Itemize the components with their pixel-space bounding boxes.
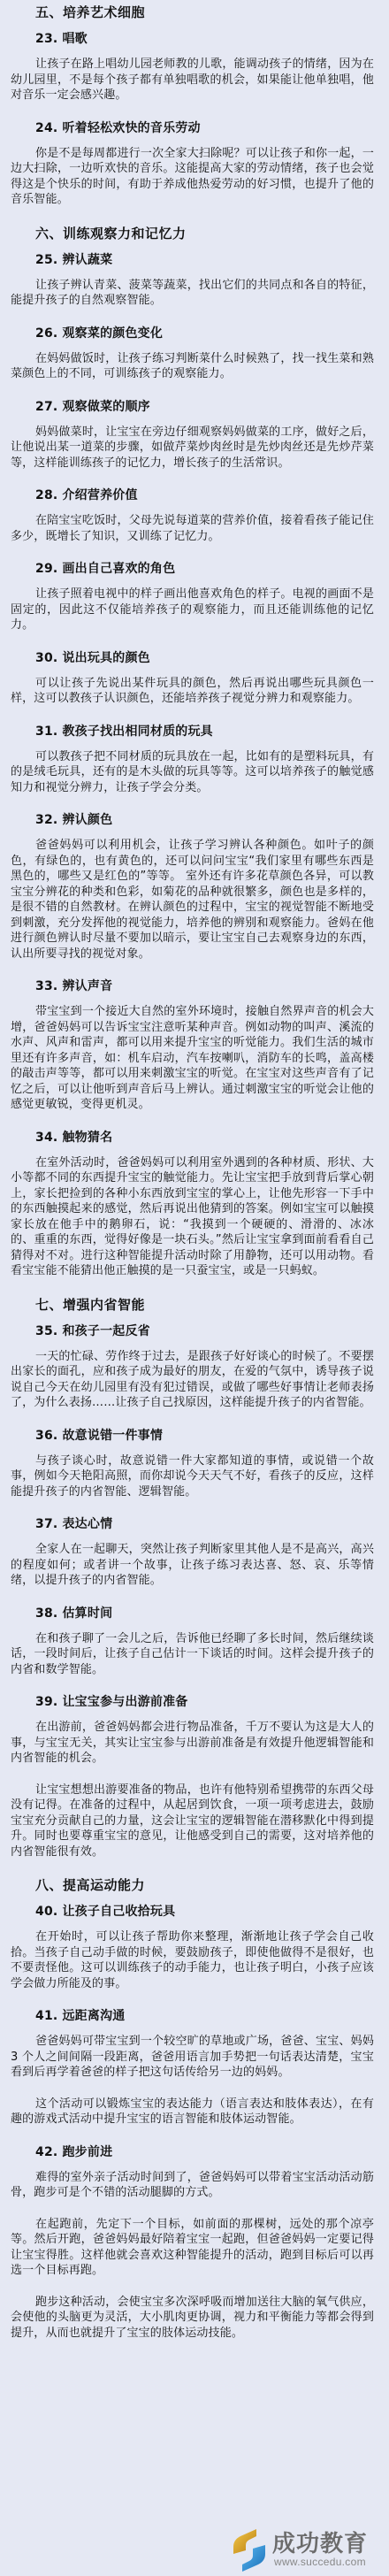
item-title: 34. 触物猜名 (11, 1129, 374, 1155)
item-title: 32. 辨认颜色 (11, 811, 374, 838)
paragraph: 在起跑前，先定下一个目标，如前面的那棵树，远处的那个凉亭等。然后开跑，爸爸妈妈最… (11, 2217, 374, 2279)
succedu-logo-icon (230, 2527, 269, 2573)
item-title: 23. 唱歌 (11, 30, 374, 57)
paragraph: 与孩子谈心时，故意说错一件大家都知道的事情，或说错一个故事，例如今天艳阳高照，而… (11, 1453, 374, 1500)
paragraph: 在陪宝宝吃饭时，父母先说每道菜的营养价值，接着看孩子能记住多少，既增长了知识，又… (11, 513, 374, 544)
paragraph: 难得的室外亲子活动时间到了，爸爸妈妈可以带着宝宝活动活动筋骨，跑步可是个不错的活… (11, 2170, 374, 2201)
paragraph: 跑步这种活动，会使宝宝多次深呼吸而增加送往大脑的氧气供应，会使他的头脑更为灵活，… (11, 2295, 374, 2342)
paragraph: 爸爸妈妈可带宝宝到一个较空旷的草地或广场，爸爸、宝宝、妈妈 3 个人之间间隔一段… (11, 2034, 374, 2081)
paragraph: 在室外活动时，爸爸妈妈可以利用室外遇到的各种材质、形状、大小等都不同的东西提升宝… (11, 1155, 374, 1279)
paragraph: 可以让孩子先说出某件玩具的颜色，然后再说出哪些玩具颜色一样，这可以教孩子认识颜色… (11, 676, 374, 707)
paragraph: 在出游前，爸爸妈妈都会进行物品准备，千万不要认为这是大人的事，与宝宝无关，其实让… (11, 1720, 374, 1767)
paragraph: 让孩子照着电视中的样子画出他喜欢角色的样子。电视的画面不是固定的，因此这不仅能培… (11, 586, 374, 633)
paragraph: 在开始时，可以让孩子帮助你来整理，渐渐地让孩子学会自己收拾。当孩子自己动手做的时… (11, 1929, 374, 1991)
item-title: 30. 说出玩具的颜色 (11, 649, 374, 676)
paragraph: 爸爸妈妈可以利用机会，让孩子学习辨认各种颜色。如叶子的颜色，有绿色的，也有黄色的… (11, 838, 374, 962)
section-title: 七、增强内省智能 (11, 1295, 374, 1322)
paragraph: 在妈妈做饭时，让孩子练习判断菜什么时候熟了，找一找生菜和熟菜颜色上的不同，可训练… (11, 351, 374, 382)
item-title: 37. 表达心情 (11, 1515, 374, 1542)
paragraph: 带宝宝到一个接近大自然的室外环境时，接触自然界声音的机会大增，爸爸妈妈可以告诉宝… (11, 1004, 374, 1113)
item-title: 26. 观察菜的颜色变化 (11, 325, 374, 351)
item-title: 41. 远距离沟通 (11, 2007, 374, 2034)
watermark: 成功教育 www.succedu.com (228, 2526, 387, 2574)
item-title: 31. 教孩子找出相同材质的玩具 (11, 723, 374, 749)
item-title: 36. 故意说错一件事情 (11, 1427, 374, 1453)
item-title: 33. 辨认声音 (11, 977, 374, 1004)
watermark-url: www.succedu.com (274, 2556, 366, 2568)
watermark-brand-name: 成功教育 (272, 2526, 368, 2558)
paragraph: 让孩子在路上唱幼儿园老师教的儿歌，能调动孩子的情绪，因为在幼儿园里，不是每个孩子… (11, 57, 374, 103)
paragraph: 让孩子辨认青菜、菠菜等蔬菜，找出它们的共同点和各自的特征，能提升孩子的自然观察智… (11, 278, 374, 309)
item-title: 39. 让宝宝参与出游前准备 (11, 1693, 374, 1720)
paragraph: 你是不是每周都进行一次全家大扫除呢？可以让孩子和你一起，一边大扫除，一边听欢快的… (11, 146, 374, 208)
paragraph: 一天的忙碌、劳作终于过去，是跟孩子好好谈心的时候了。不要摆出家长的面孔，应和孩子… (11, 1349, 374, 1411)
item-title: 42. 跑步前进 (11, 2143, 374, 2170)
item-title: 28. 介绍营养价值 (11, 487, 374, 513)
item-title: 35. 和孩子一起反省 (11, 1322, 374, 1349)
item-title: 29. 画出自己喜欢的角色 (11, 560, 374, 586)
article: 五、培养艺术细胞 23. 唱歌 让孩子在路上唱幼儿园老师教的儿歌，能调动孩子的情… (0, 0, 389, 2341)
item-title: 27. 观察做菜的顺序 (11, 398, 374, 425)
paragraph: 在和孩子聊了一会儿之后，告诉他已经聊了多长时间，然后继续谈话，一段时间后，让孩子… (11, 1631, 374, 1678)
item-title: 38. 估算时间 (11, 1605, 374, 1631)
paragraph: 让宝宝想想出游要准备的物品，也许有他特别希望携带的东西父母没有记得。在准备的过程… (11, 1782, 374, 1860)
paragraph: 可以教孩子把不同材质的玩具放在一起，比如有的是塑料玩具，有的是绒毛玩具，还有的是… (11, 749, 374, 796)
paragraph: 这个活动可以锻炼宝宝的表达能力（语言表达和肢体表达），在有趣的游戏式活动中提升宝… (11, 2097, 374, 2127)
section-title: 六、训练观察力和记忆力 (11, 224, 374, 251)
paragraph: 全家人在一起聊天，突然让孩子判断家里其他人是不是高兴，高兴的程度如何；或者讲一个… (11, 1542, 374, 1589)
item-title: 24. 听着轻松欢快的音乐劳动 (11, 119, 374, 146)
item-title: 40. 让孩子自己收拾玩具 (11, 1903, 374, 1929)
paragraph: 妈妈做菜时，让宝宝在旁边仔细观察妈妈做菜的工序，做好之后，让他说出某一道菜的步骤… (11, 425, 374, 471)
item-title: 25. 辨认蔬菜 (11, 251, 374, 278)
section-title: 八、提高运动能力 (11, 1875, 374, 1903)
section-title: 五、培养艺术细胞 (11, 3, 374, 30)
